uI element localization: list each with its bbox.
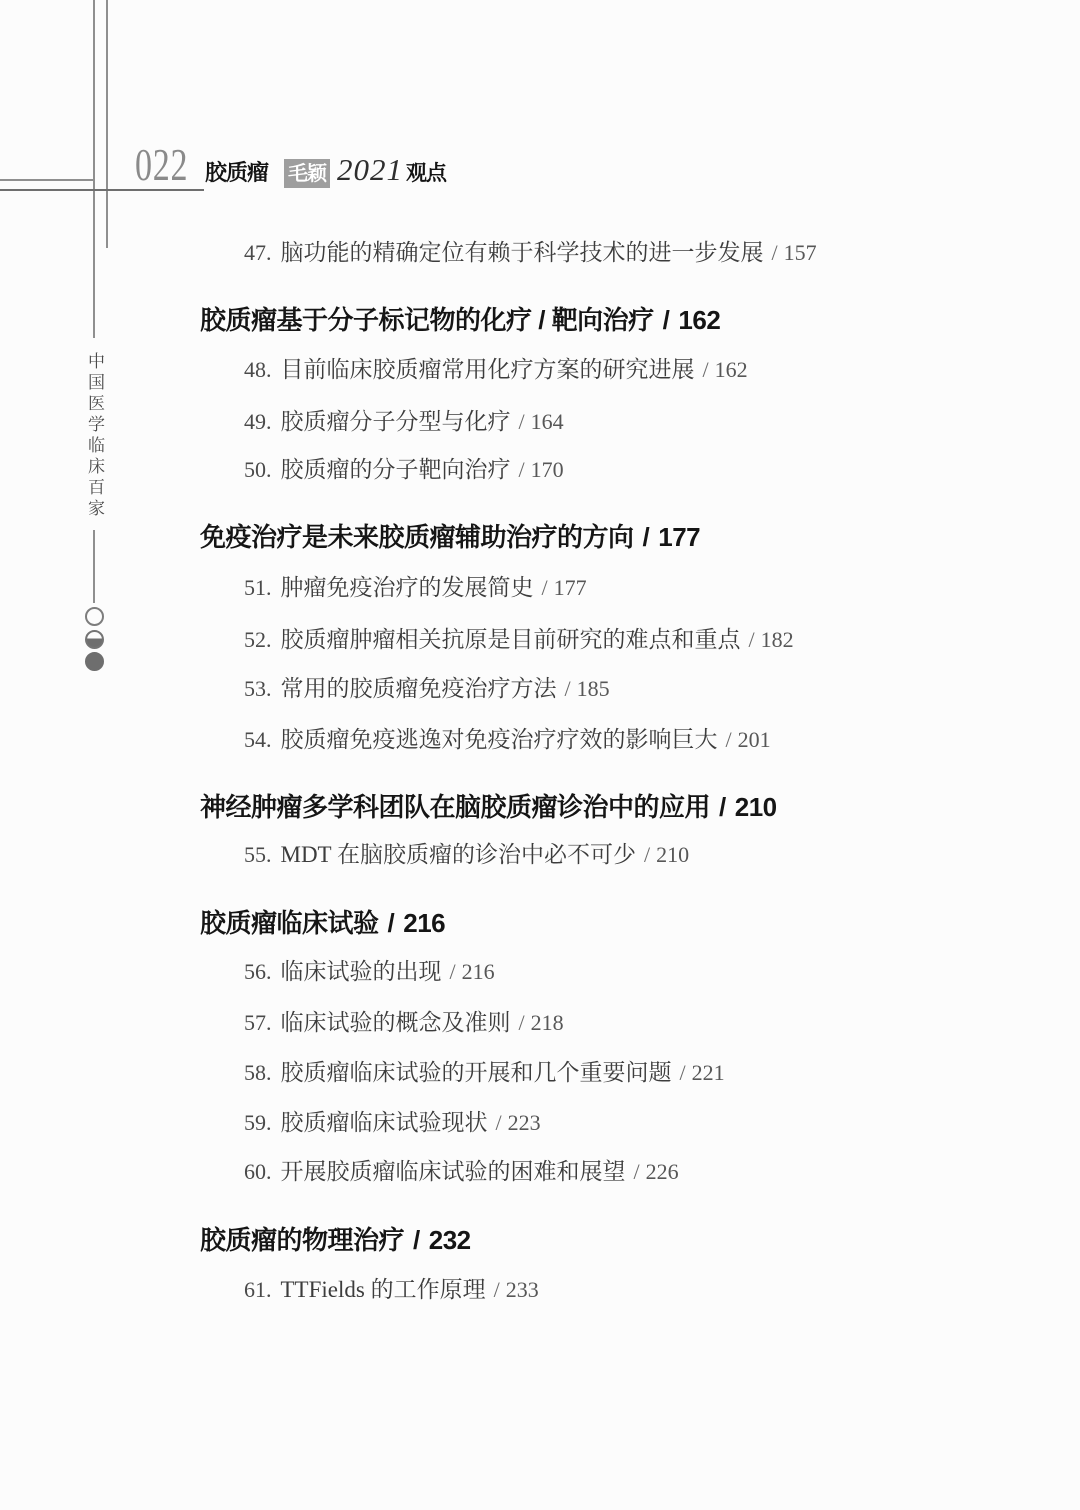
toc-item-number: 51. (244, 575, 272, 600)
toc-item-number: 49. (244, 409, 272, 434)
toc-item-text: 胶质瘤临床试验现状 (281, 1110, 488, 1135)
toc-item-text: 胶质瘤的分子靶向治疗 (281, 457, 511, 482)
book-page: 022 胶质瘤 毛颖 2021 观点 中国医学临床百家 47.脑功能的精确定位有… (0, 0, 1080, 1510)
toc-item: 61.TTFields 的工作原理/233 (244, 1275, 539, 1305)
toc-page-number: 216 (462, 959, 495, 984)
toc-item-text: 目前临床胶质瘤常用化疗方案的研究进展 (281, 357, 695, 382)
left-margin-rule-outer (93, 0, 95, 338)
marker-circle-half-icon (85, 630, 104, 649)
toc-page-number: 170 (531, 457, 564, 482)
toc-item: 50.胶质瘤的分子靶向治疗/170 (244, 455, 564, 485)
toc-separator: / (634, 1159, 640, 1184)
toc-item-text: 临床试验的出现 (281, 959, 442, 984)
toc-separator: / (388, 908, 395, 938)
toc-heading-text: 胶质瘤的物理治疗 (200, 1225, 404, 1255)
toc-separator: / (644, 842, 650, 867)
toc-item-text: 常用的胶质瘤免疫治疗方法 (281, 676, 557, 701)
toc-separator: / (519, 457, 525, 482)
marker-circle-filled-icon (85, 652, 104, 671)
toc-item-text: 胶质瘤肿瘤相关抗原是目前研究的难点和重点 (281, 627, 741, 652)
sidebar-rule (93, 530, 95, 603)
toc-page-number: 216 (403, 908, 445, 938)
toc-item: 54.胶质瘤免疫逃逸对免疫治疗疗效的影响巨大/201 (244, 725, 771, 755)
page-number: 022 (135, 142, 188, 188)
toc-page-number: 223 (508, 1110, 541, 1135)
toc-item-text: 开展胶质瘤临床试验的困难和展望 (281, 1159, 626, 1184)
marker-circle-outline-icon (85, 607, 104, 626)
book-title: 胶质瘤 (205, 156, 268, 187)
toc-item-number: 50. (244, 457, 272, 482)
toc-item-number: 52. (244, 627, 272, 652)
toc-item-number: 60. (244, 1159, 272, 1184)
toc-page-number: 177 (554, 575, 587, 600)
header-rule-short (0, 179, 94, 181)
toc-item-text: TTFields 的工作原理 (281, 1277, 486, 1302)
toc-page-number: 210 (656, 842, 689, 867)
toc-page-number: 210 (735, 792, 777, 822)
toc-item-number: 58. (244, 1060, 272, 1085)
toc-item-number: 47. (244, 240, 272, 265)
toc-heading: 胶质瘤基于分子标记物的化疗 / 靶向治疗/162 (200, 302, 720, 338)
toc-page-number: 226 (646, 1159, 679, 1184)
toc-item: 49.胶质瘤分子分型与化疗/164 (244, 407, 564, 437)
toc-item-number: 56. (244, 959, 272, 984)
page-header: 022 胶质瘤 毛颖 2021 观点 (135, 142, 446, 188)
toc-heading-text: 胶质瘤临床试验 (200, 908, 379, 938)
toc-item: 58.胶质瘤临床试验的开展和几个重要问题/221 (244, 1058, 725, 1088)
toc-separator: / (680, 1060, 686, 1085)
toc-page-number: 164 (531, 409, 564, 434)
toc-page-number: 201 (738, 727, 771, 752)
toc-item-number: 61. (244, 1277, 272, 1302)
toc-item-text: 肿瘤免疫治疗的发展简史 (281, 575, 534, 600)
edition-year: 2021 (337, 154, 403, 185)
toc-heading: 胶质瘤临床试验/216 (200, 905, 445, 941)
toc-separator: / (749, 627, 755, 652)
toc-separator: / (519, 409, 525, 434)
toc-heading: 神经肿瘤多学科团队在脑胶质瘤诊治中的应用/210 (200, 789, 777, 825)
toc-separator: / (450, 959, 456, 984)
toc-heading: 免疫治疗是未来胶质瘤辅助治疗的方向/177 (200, 519, 700, 555)
toc-separator: / (663, 305, 670, 335)
toc-item: 56.临床试验的出现/216 (244, 957, 495, 987)
toc-item-number: 57. (244, 1010, 272, 1035)
toc-page-number: 177 (658, 522, 700, 552)
toc-item: 48.目前临床胶质瘤常用化疗方案的研究进展/162 (244, 355, 748, 385)
toc-page-number: 218 (531, 1010, 564, 1035)
toc-separator: / (719, 792, 726, 822)
toc-item: 59.胶质瘤临床试验现状/223 (244, 1108, 541, 1138)
toc-item-text: MDT 在脑胶质瘤的诊治中必不可少 (281, 842, 636, 867)
toc-page-number: 157 (784, 240, 817, 265)
toc-item-text: 临床试验的概念及准则 (281, 1010, 511, 1035)
toc-item-number: 54. (244, 727, 272, 752)
toc-item: 55.MDT 在脑胶质瘤的诊治中必不可少/210 (244, 840, 689, 870)
toc-heading-text: 胶质瘤基于分子标记物的化疗 / 靶向治疗 (200, 305, 654, 335)
toc-separator: / (703, 357, 709, 382)
toc-separator: / (726, 727, 732, 752)
series-title-vertical: 中国医学临床百家 (85, 352, 104, 520)
toc-separator: / (542, 575, 548, 600)
toc-separator: / (565, 676, 571, 701)
toc-item-text: 胶质瘤分子分型与化疗 (281, 409, 511, 434)
toc-item: 57.临床试验的概念及准则/218 (244, 1008, 564, 1038)
toc-separator: / (496, 1110, 502, 1135)
toc-item-number: 59. (244, 1110, 272, 1135)
toc-item: 47.脑功能的精确定位有赖于科学技术的进一步发展/157 (244, 238, 817, 268)
toc-heading-text: 免疫治疗是未来胶质瘤辅助治疗的方向 (200, 522, 634, 552)
toc-item-number: 53. (244, 676, 272, 701)
left-margin-rule-inner (106, 0, 108, 248)
edition-suffix: 观点 (406, 157, 446, 187)
author-badge: 毛颖 (284, 159, 330, 188)
toc-item-text: 胶质瘤临床试验的开展和几个重要问题 (281, 1060, 672, 1085)
toc-page-number: 233 (506, 1277, 539, 1302)
toc-item-number: 55. (244, 842, 272, 867)
toc-page-number: 162 (678, 305, 720, 335)
toc-separator: / (643, 522, 650, 552)
toc-item-text: 胶质瘤免疫逃逸对免疫治疗疗效的影响巨大 (281, 727, 718, 752)
toc-page-number: 162 (715, 357, 748, 382)
toc-page-number: 182 (761, 627, 794, 652)
toc-heading: 胶质瘤的物理治疗/232 (200, 1222, 471, 1258)
toc-separator: / (772, 240, 778, 265)
toc-page-number: 232 (429, 1225, 471, 1255)
toc-separator: / (519, 1010, 525, 1035)
toc-page-number: 221 (692, 1060, 725, 1085)
toc-item: 53.常用的胶质瘤免疫治疗方法/185 (244, 674, 610, 704)
toc-separator: / (494, 1277, 500, 1302)
toc-item: 51.肿瘤免疫治疗的发展简史/177 (244, 573, 587, 603)
toc-page-number: 185 (577, 676, 610, 701)
toc-item: 60.开展胶质瘤临床试验的困难和展望/226 (244, 1157, 679, 1187)
toc-item-text: 脑功能的精确定位有赖于科学技术的进一步发展 (281, 240, 764, 265)
toc-separator: / (413, 1225, 420, 1255)
toc-item: 52.胶质瘤肿瘤相关抗原是目前研究的难点和重点/182 (244, 625, 794, 655)
toc-heading-text: 神经肿瘤多学科团队在脑胶质瘤诊治中的应用 (200, 792, 710, 822)
toc-item-number: 48. (244, 357, 272, 382)
